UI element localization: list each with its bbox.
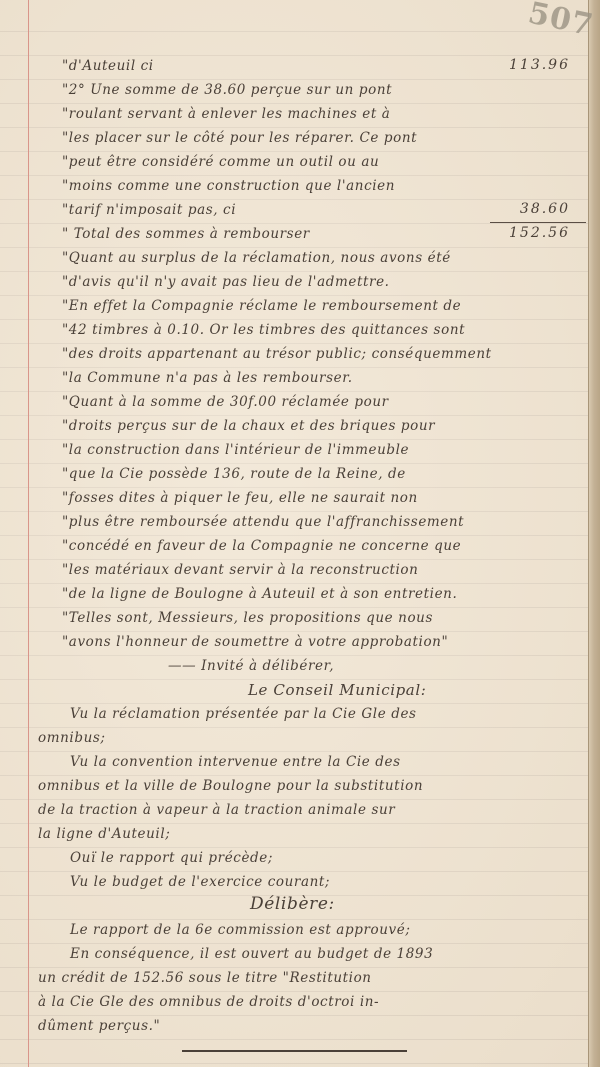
text-line: Vu la convention intervenue entre la Cie… [70, 753, 582, 771]
text-line: "de la ligne de Boulogne à Auteuil et à … [62, 585, 582, 603]
text-line: "En effet la Compagnie réclame le rembou… [62, 297, 582, 315]
text-line: "plus être remboursée attendu que l'affr… [62, 513, 582, 531]
text-line: "avons l'honneur de soumettre à votre ap… [62, 633, 582, 651]
text-line: dûment perçus." [38, 1017, 582, 1035]
text-line: En conséquence, il est ouvert au budget … [70, 945, 582, 963]
section-divider [182, 1050, 407, 1052]
text-line: "des droits appartenant au trésor public… [62, 345, 582, 363]
text-line: la ligne d'Auteuil; [38, 825, 582, 843]
invitation-line: —— Invité à délibérer, [168, 657, 582, 675]
deliberation-heading: Délibère: [250, 895, 582, 913]
margin-rule [28, 0, 29, 1067]
text-line: "que la Cie possède 136, route de la Rei… [62, 465, 582, 483]
text-line: "42 timbres à 0.10. Or les timbres des q… [62, 321, 582, 339]
text-line: "fosses dites à piquer le feu, elle ne s… [62, 489, 582, 507]
text-line: Le rapport de la 6e commission est appro… [70, 921, 582, 939]
text-line: "les placer sur le côté pour les réparer… [62, 129, 582, 147]
council-heading: Le Conseil Municipal: [248, 681, 582, 699]
text-line: "2° Une somme de 38.60 perçue sur un pon… [62, 81, 582, 99]
sum-rule [490, 222, 586, 223]
text-line: Vu la réclamation présentée par la Cie G… [70, 705, 582, 723]
text-line: "Quant à la somme de 30f.00 réclamée pou… [62, 393, 582, 411]
text-line: "moins comme une construction que l'anci… [62, 177, 582, 195]
text-line: omnibus et la ville de Boulogne pour la … [38, 777, 582, 795]
total-line: " Total des sommes à rembourser [62, 225, 582, 243]
text-line: "concédé en faveur de la Compagnie ne co… [62, 537, 582, 555]
text-line: "la construction dans l'intérieur de l'i… [62, 441, 582, 459]
text-line: "droits perçus sur de la chaux et des br… [62, 417, 582, 435]
text-line: "les matériaux devant servir à la recons… [62, 561, 582, 579]
amount-value: 113.96 [509, 57, 570, 73]
text-line: "Telles sont, Messieurs, les proposition… [62, 609, 582, 627]
text-line: "la Commune n'a pas à les rembourser. [62, 369, 582, 387]
text-line: Vu le budget de l'exercice courant; [70, 873, 582, 891]
amount-value: 38.60 [520, 201, 570, 217]
page-number-stamp: 507 [525, 0, 596, 43]
binding-edge [588, 0, 600, 1067]
text-line: omnibus; [38, 729, 582, 747]
text-line: "roulant servant à enlever les machines … [62, 105, 582, 123]
text-line: à la Cie Gle des omnibus de droits d'oct… [38, 993, 582, 1011]
register-page: 507 "d'Auteuil ci 113.96 "2° Une somme d… [0, 0, 600, 1067]
text-line: "d'Auteuil ci [62, 57, 582, 75]
text-line: "peut être considéré comme un outil ou a… [62, 153, 582, 171]
text-line: un crédit de 152.56 sous le titre "Resti… [38, 969, 582, 987]
text-line: "d'avis qu'il n'y avait pas lieu de l'ad… [62, 273, 582, 291]
text-line: Ouï le rapport qui précède; [70, 849, 582, 867]
text-line: "tarif n'imposait pas, ci [62, 201, 582, 219]
total-amount: 152.56 [509, 225, 570, 241]
text-line: de la traction à vapeur à la traction an… [38, 801, 582, 819]
text-line: "Quant au surplus de la réclamation, nou… [62, 249, 582, 267]
